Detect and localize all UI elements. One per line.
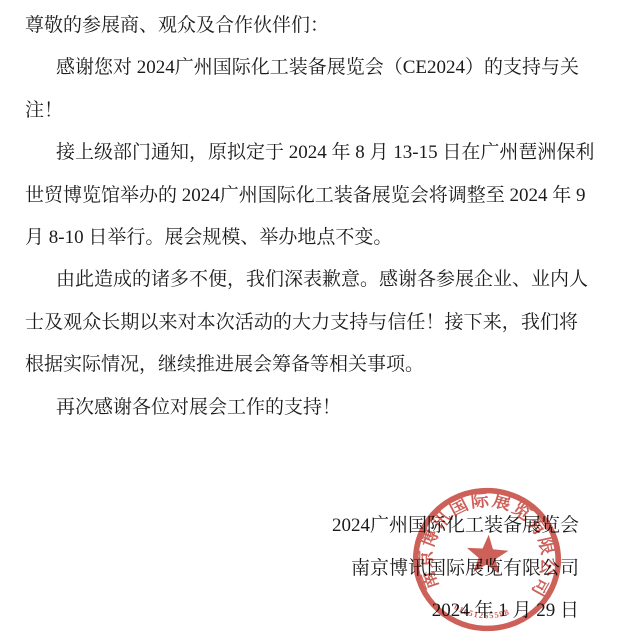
body-line-9: 再次感谢各位对展会工作的支持！ bbox=[25, 387, 578, 429]
body-line-3: 接上级部门通知，原拟定于 2024 年 8 月 13-15 日在广州琶洲保利 bbox=[25, 132, 578, 174]
body-line-2: 注！ bbox=[25, 90, 578, 132]
signature-exhibition-name: 2024广州国际化工装备展览会 bbox=[332, 505, 579, 548]
signature-date: 2024 年 1 月 29 日 bbox=[332, 590, 579, 633]
body-line-8: 根据实际情况，继续推进展会筹备等相关事项。 bbox=[25, 344, 578, 386]
body-line-6: 由此造成的诸多不便，我们深表歉意。感谢各参展企业、业内人 bbox=[25, 259, 578, 301]
salutation-line: 尊敬的参展商、观众及合作伙伴们： bbox=[25, 5, 578, 47]
notice-letter-page: 尊敬的参展商、观众及合作伙伴们： 感谢您对 2024广州国际化工装备展览会（CE… bbox=[0, 0, 631, 643]
signature-block: 2024广州国际化工装备展览会 南京博讯国际展览有限公司 2024 年 1 月 … bbox=[332, 505, 579, 633]
body-line-4: 世贸博览馆举办的 2024广州国际化工装备展览会将调整至 2024 年 9 bbox=[25, 175, 578, 217]
letter-body: 尊敬的参展商、观众及合作伙伴们： 感谢您对 2024广州国际化工装备展览会（CE… bbox=[25, 5, 578, 429]
body-line-1: 感谢您对 2024广州国际化工装备展览会（CE2024）的支持与关 bbox=[25, 47, 578, 89]
body-line-5: 月 8-10 日举行。展会规模、举办地点不变。 bbox=[25, 217, 578, 259]
signature-company-name: 南京博讯国际展览有限公司 bbox=[332, 548, 579, 591]
body-line-7: 士及观众长期以来对本次活动的大力支持与信任！接下来，我们将 bbox=[25, 302, 578, 344]
